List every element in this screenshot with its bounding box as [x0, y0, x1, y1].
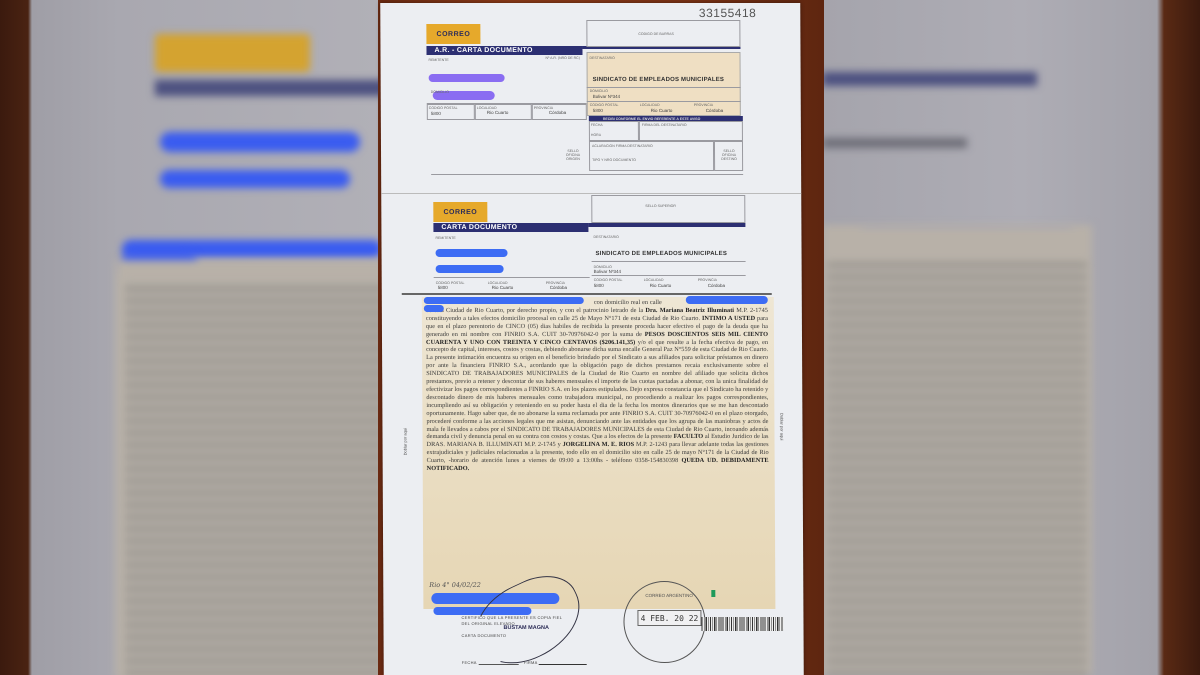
letter-segment: INTIMO A USTED	[702, 315, 755, 322]
postmark-brand: CORREO ARGENTINO	[645, 593, 693, 598]
fold-note-left: Doblar por aqui	[402, 428, 407, 455]
blurred-text	[125, 280, 380, 675]
recipient-postal-label: CODIGO POSTAL	[594, 278, 623, 282]
recipient-postal: 5800	[594, 283, 604, 288]
date-field-label: FECHA	[591, 123, 603, 127]
upper-stamp-label: SELLO SUPERIOR	[645, 204, 676, 208]
letter-segment: de esta Ciudad de Rio Cuarto, por derech…	[426, 307, 646, 314]
green-mark	[711, 590, 715, 597]
serial-number: 33155418	[699, 6, 756, 20]
redacted-sender-name	[429, 74, 505, 82]
redacted-sender-address	[436, 265, 504, 273]
letter-segment: con domicilio real en calle	[594, 299, 662, 306]
divider	[592, 261, 746, 262]
dest-stamp-label: SELLO OFICINA DESTINO	[717, 149, 741, 161]
blurred-recipient	[822, 138, 967, 148]
correo-logo: CORREO	[426, 24, 480, 44]
sender-locality: Rio Cuarto	[487, 110, 509, 115]
ar-number-label: Nº A.R. (Nro de RC)	[546, 56, 580, 60]
blurred-logo	[155, 34, 310, 72]
upper-stamp-box	[591, 195, 745, 223]
divider	[587, 87, 741, 88]
blurred-title-bar	[155, 80, 380, 96]
recipient-locality: Rio Cuarto	[651, 108, 673, 113]
fold-note-right: Doblar por aqui	[779, 413, 784, 440]
recipient-province: Córdoba	[706, 108, 723, 113]
sender-postal-label: CODIGO POSTAL	[429, 106, 458, 110]
recipient-locality-label: LOCALIDAD	[644, 278, 664, 282]
sender-province: Córdoba	[550, 285, 567, 290]
divider	[431, 174, 743, 175]
barcode	[701, 617, 783, 631]
recipient-postal: 5800	[593, 108, 603, 113]
redacted-street	[686, 296, 768, 304]
letter-body: con domicilio real en calle de esta Ciud…	[422, 297, 776, 609]
firma-line	[539, 664, 587, 665]
divider	[434, 277, 590, 278]
sender-domicile-label: DOMICILIO	[431, 90, 449, 94]
letter-segment: y/o el que resulte a la fecha efectiva d…	[426, 339, 768, 441]
redacted-sender-name	[436, 249, 508, 257]
certify-text: CERTIFICO QUE LA PRESENTE ES COPIA FIEL	[461, 615, 562, 620]
recipient-province: Córdoba	[708, 283, 725, 288]
carta-documento-paper: 33155418 CORREO A.R. - CARTA DOCUMENTO C…	[380, 3, 804, 675]
sender-province: Córdoba	[549, 110, 566, 115]
blurred-background-right	[822, 0, 1200, 675]
correo-logo: CORREO	[433, 202, 487, 222]
ar-title-bar: A.R. - CARTA DOCUMENTO	[426, 46, 582, 55]
recipient-label: DESTINATARIO	[590, 56, 615, 60]
letter-segment: JORGELINA M. E. RIOS	[563, 441, 635, 448]
postmark-date: 4 FEB. 20 22	[637, 610, 701, 626]
fecha-label: FECHA	[462, 660, 477, 665]
aclaracion-label: ACLARACION FIRMA DESTINATARIO	[592, 144, 653, 148]
barcode-label: CODIGO DE BARRAS	[638, 32, 673, 36]
blurred-redaction	[160, 170, 350, 188]
recipient-province-label: PROVINCIA	[694, 103, 713, 107]
recipient-address: Bolivar Nº344	[594, 269, 621, 274]
sender-postal: 5800	[431, 111, 441, 116]
recipient-domicile-label: DOMICILIO	[590, 89, 608, 93]
recipient-name: SINDICATO DE EMPLEADOS MUNICIPALES	[593, 77, 725, 83]
divider	[592, 275, 746, 276]
recipient-province-label: PROVINCIA	[698, 278, 717, 282]
blurred-title-bar	[822, 72, 1037, 86]
certify-text: CARTA DOCUMENTO	[462, 633, 507, 638]
divider	[587, 101, 741, 102]
perforation-line	[381, 193, 801, 194]
hour-field-label: HORA	[591, 133, 601, 137]
blurred-redaction	[160, 132, 360, 152]
sender-locality: Rio Cuarto	[492, 285, 514, 290]
origin-stamp-label: SELLO OFICINA ORIGEN	[561, 149, 585, 161]
sender-label: REMITENTE	[435, 236, 455, 240]
recipient-locality-label: LOCALIDAD	[640, 103, 660, 107]
signer-stamp: BUSTAM MAGNA	[503, 625, 548, 631]
divider	[402, 293, 772, 295]
document-type-label: TIPO Y NRO DOCUMENTO	[592, 158, 636, 162]
recipient-locality: Rio Cuarto	[650, 283, 672, 288]
recipient-name: SINDICATO DE EMPLEADOS MUNICIPALES	[596, 251, 728, 257]
delivery-band-text: RECIBI CONFORME EL ENVIO REFERENTE A EST…	[603, 117, 701, 121]
carta-documento-title-bar: CARTA DOCUMENTO	[433, 223, 588, 232]
sender-label: REMITENTE	[429, 58, 449, 62]
letter-segment: FACULTO	[674, 433, 704, 440]
letter-segment: Dra. Mariana Beatriz Illuminati	[645, 307, 734, 314]
title-band	[588, 223, 745, 227]
firma-label: FIRMA	[524, 660, 538, 665]
letter-text: con domicilio real en calle de esta Ciud…	[426, 299, 769, 473]
recipient-postal-label: CODIGO POSTAL	[590, 103, 619, 107]
redacted-street-number	[424, 305, 444, 312]
redacted-sender-name	[424, 297, 584, 304]
blurred-background-left	[0, 0, 380, 675]
handwritten-date: Rio 4° 04/02/22	[429, 581, 481, 589]
sender-postal: 5800	[438, 285, 448, 290]
recipient-address: Bolivar Nº344	[593, 94, 620, 99]
blurred-text	[827, 260, 1087, 675]
signature-label: FIRMA DEL DESTINATARIO	[642, 123, 687, 127]
recipient-label: DESTINATARIO	[593, 235, 618, 239]
fecha-line	[479, 664, 519, 665]
